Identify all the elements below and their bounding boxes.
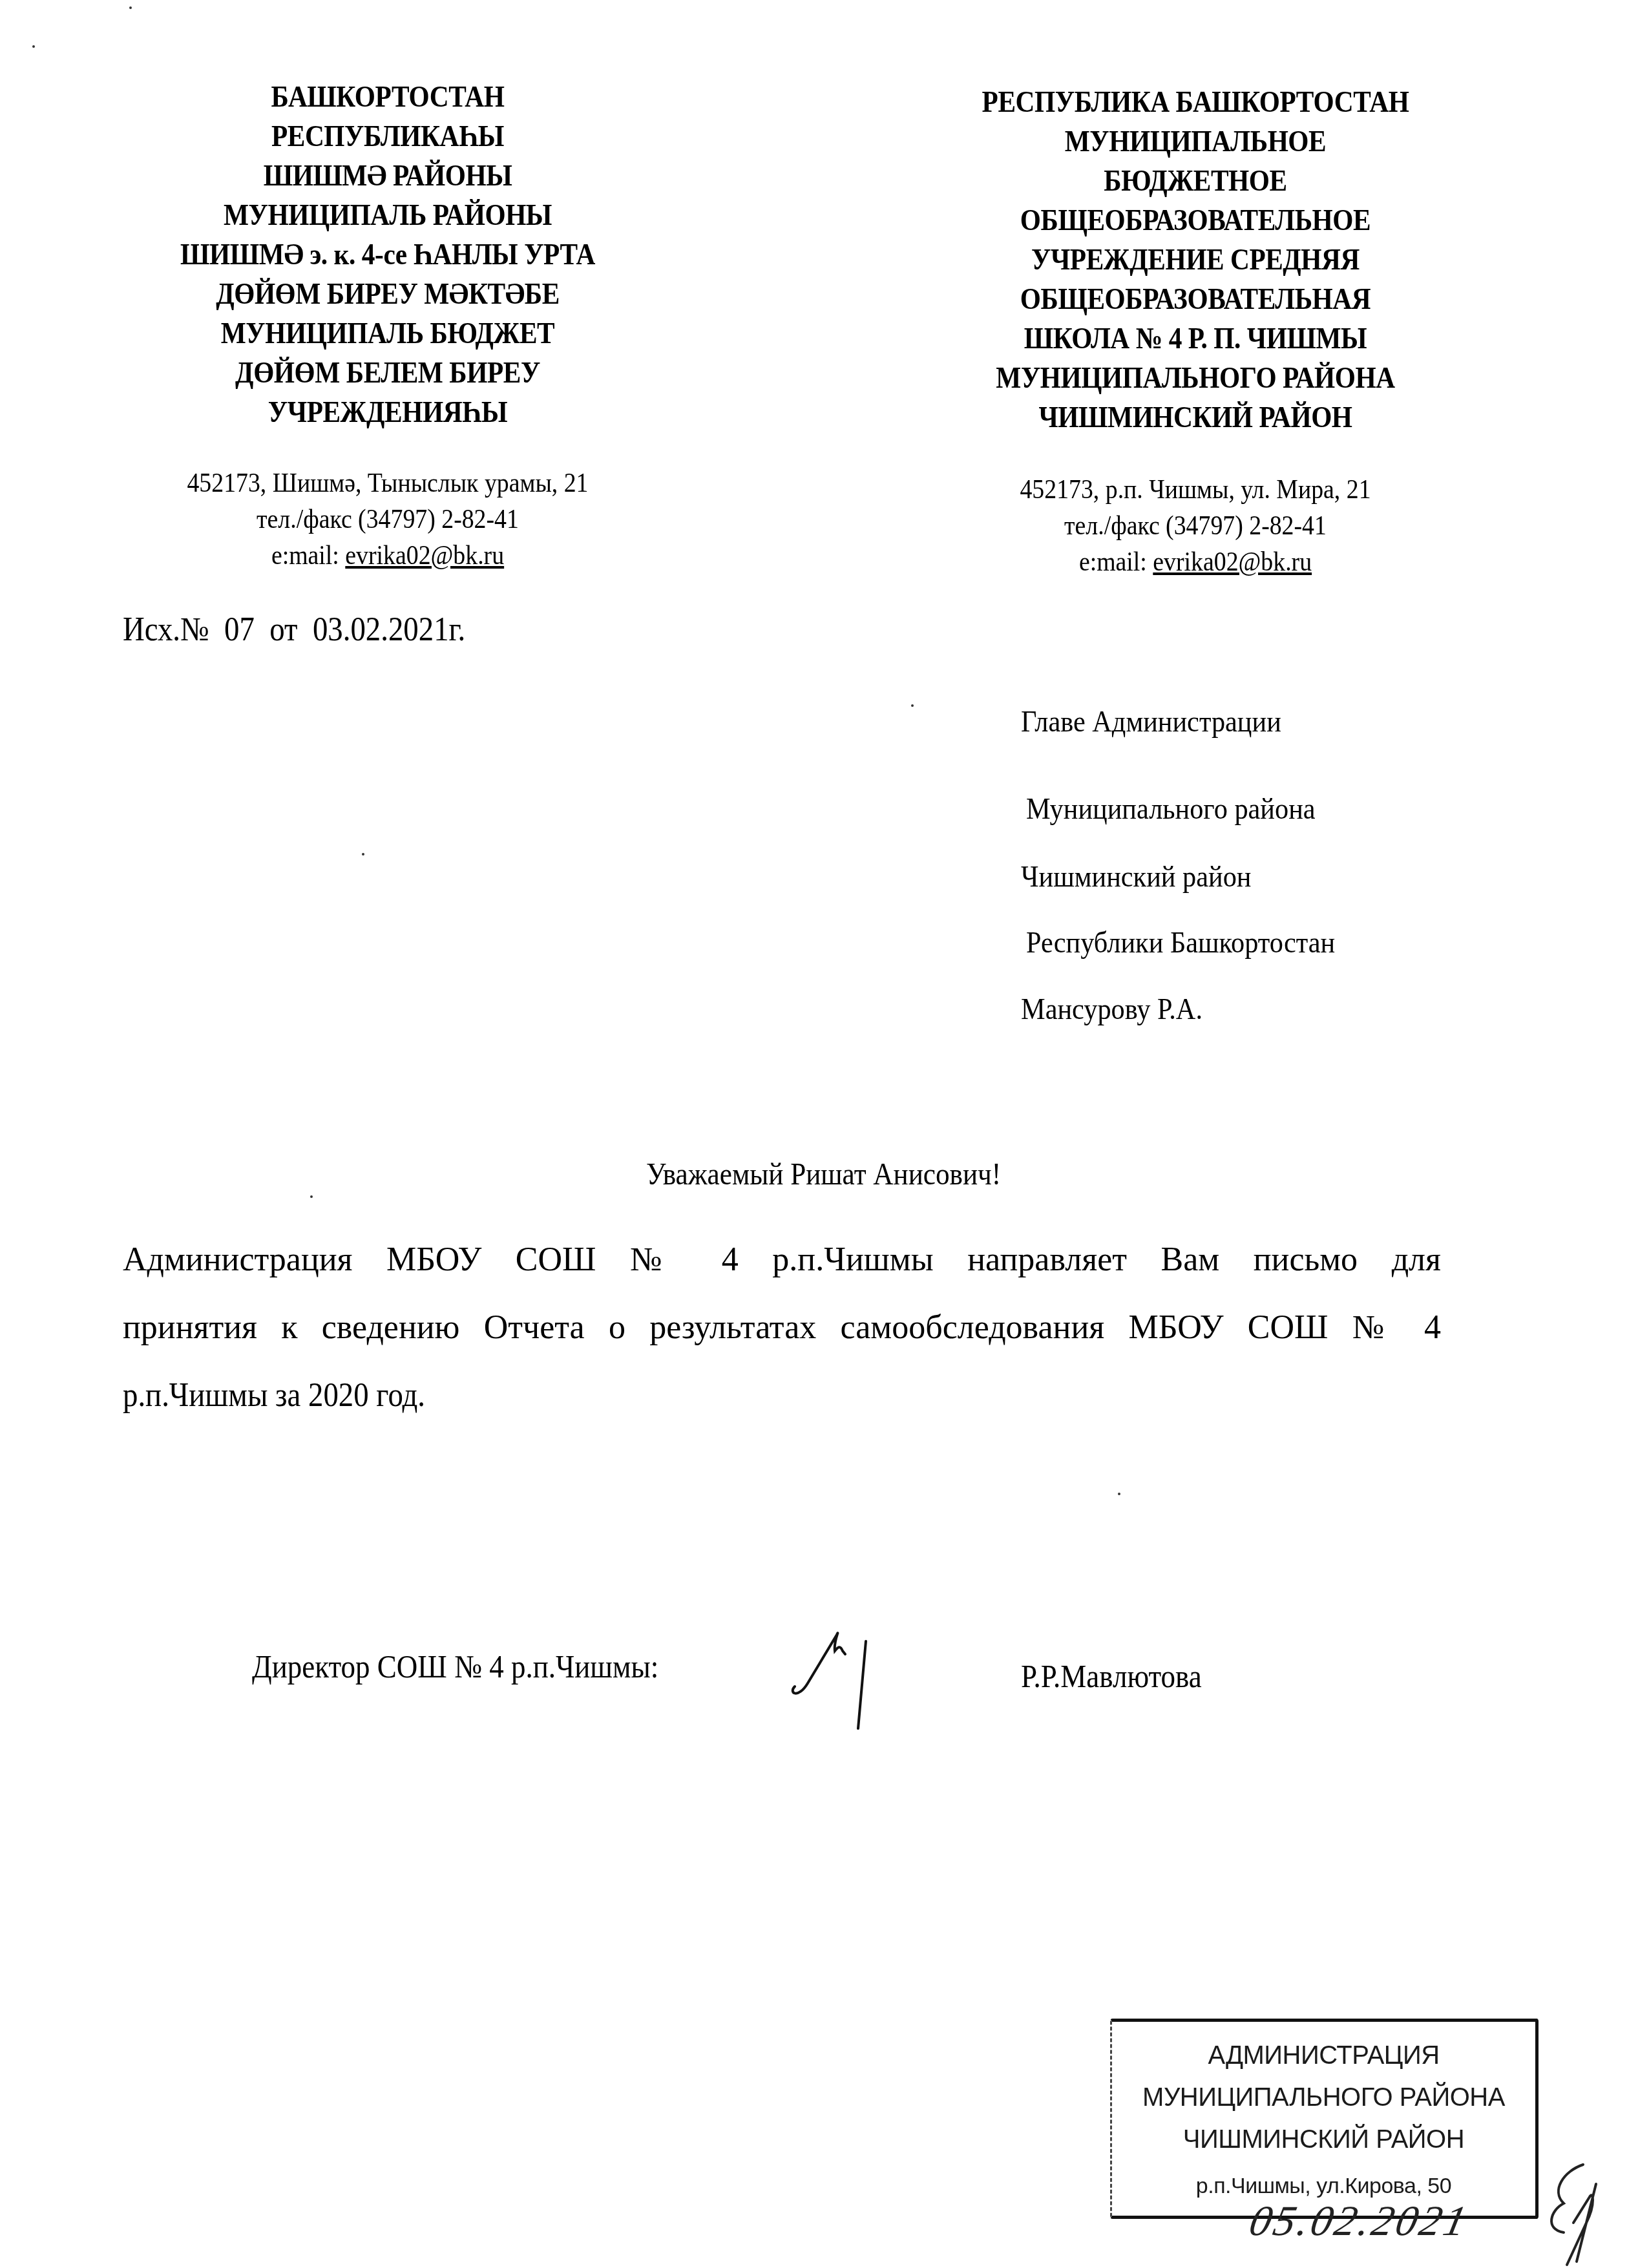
- addressee-line: Мансурову Р.А.: [1021, 992, 1203, 1026]
- letterhead-left-line: МУНИЦИПАЛЬ РАЙОНЫ: [132, 196, 644, 235]
- letterhead-right-line: МУНИЦИПАЛЬНОГО РАЙОНА: [940, 359, 1451, 398]
- letterhead-right-line: УЧРЕЖДЕНИЕ СРЕДНЯЯ: [940, 240, 1451, 280]
- letterhead-right-line: РЕСПУБЛИКА БАШКОРТОСТАН: [940, 83, 1451, 122]
- scan-speck: [310, 1195, 313, 1198]
- signature-title: Директор СОШ № 4 р.п.Чишмы:: [252, 1648, 658, 1685]
- scan-speck: [362, 853, 364, 856]
- scan-speck: [129, 6, 132, 9]
- letterhead-right-line: ЧИШМИНСКИЙ РАЙОН: [940, 398, 1451, 437]
- letterhead-left-line: ШИШМӘ э. к. 4-се ҺАНЛЫ УРТА: [132, 235, 644, 275]
- scan-speck: [32, 45, 35, 48]
- addressee-line: Муниципального района: [1026, 792, 1316, 826]
- left-phone: тел./факс (34797) 2-82-41: [126, 501, 649, 538]
- handwritten-signature-icon: [775, 1615, 892, 1732]
- letterhead-left-line: УЧРЕЖДЕНИЯҺЫ: [132, 393, 644, 432]
- letterhead-right-line: МУНИЦИПАЛЬНОЕ: [940, 122, 1451, 162]
- left-email-link[interactable]: evrika02@bk.ru: [345, 541, 504, 571]
- right-email-link[interactable]: evrika02@bk.ru: [1153, 547, 1312, 577]
- registration-stamp: АДМИНИСТРАЦИЯ МУНИЦИПАЛЬНОГО РАЙОНА ЧИШМ…: [1110, 2019, 1539, 2219]
- addressee-line: Главе Администрации: [1021, 704, 1281, 739]
- body-paragraph-line: р.п.Чишмы за 2020 год.: [123, 1376, 1309, 1415]
- letterhead-left-line: МУНИЦИПАЛЬ БЮДЖЕТ: [132, 314, 644, 353]
- scan-speck: [911, 704, 914, 707]
- letterhead-right-line: ОБЩЕОБРАЗОВАТЕЛЬНАЯ: [940, 280, 1451, 319]
- right-phone: тел./факс (34797) 2-82-41: [934, 508, 1457, 544]
- letterhead-right-line: БЮДЖЕТНОЕ: [940, 162, 1451, 201]
- body-paragraph-line: Администрация МБОУ СОШ № 4 р.п.Чишмы нап…: [123, 1241, 1441, 1279]
- scan-speck: [1118, 1493, 1120, 1495]
- letterhead-left-contacts: 452173, Шишмә, Тыныслык урамы, 21 тел./ф…: [126, 465, 649, 574]
- letterhead-left-line: ДӨЙӨМ БИРЕУ МӘКТӘБЕ: [132, 275, 644, 314]
- left-email-label: e:mail:: [271, 541, 345, 571]
- outgoing-reference: Исх.№ 07 от 03.02.2021г.: [123, 611, 465, 649]
- right-email-label: e:mail:: [1079, 547, 1153, 577]
- handwritten-initials-icon: [1538, 2152, 1609, 2268]
- addressee-line: Республики Башкортостан: [1026, 925, 1335, 960]
- stamp-line: ЧИШМИНСКИЙ РАЙОН: [1112, 2125, 1535, 2154]
- signatory-name: Р.Р.Мавлютова: [1021, 1657, 1202, 1695]
- salutation: Уважаемый Ришат Анисович!: [646, 1157, 1001, 1192]
- stamp-line: АДМИНИСТРАЦИЯ: [1112, 2041, 1535, 2070]
- letterhead-left-line: БАШКОРТОСТАН: [132, 78, 644, 117]
- stamp-line: р.п.Чишмы, ул.Кирова, 50: [1112, 2174, 1535, 2199]
- letterhead-right-contacts: 452173, р.п. Чишмы, ул. Мира, 21 тел./фа…: [934, 472, 1457, 580]
- left-address: 452173, Шишмә, Тыныслык урамы, 21: [126, 465, 649, 501]
- left-email-row: e:mail: evrika02@bk.ru: [126, 538, 649, 574]
- letterhead-right-title: РЕСПУБЛИКА БАШКОРТОСТАН МУНИЦИПАЛЬНОЕ БЮ…: [940, 83, 1451, 437]
- letterhead-right-line: ОБЩЕОБРАЗОВАТЕЛЬНОЕ: [940, 201, 1451, 240]
- letterhead-right-line: ШКОЛА № 4 Р. П. ЧИШМЫ: [940, 319, 1451, 359]
- stamp-line: МУНИЦИПАЛЬНОГО РАЙОНА: [1112, 2083, 1535, 2112]
- letterhead-left-line: ШИШМӘ РАЙОНЫ: [132, 156, 644, 196]
- letterhead-left-line: ДӨЙӨМ БЕЛЕМ БИРЕУ: [132, 353, 644, 393]
- right-email-row: e:mail: evrika02@bk.ru: [934, 544, 1457, 580]
- letterhead-left-title: БАШКОРТОСТАН РЕСПУБЛИКАҺЫ ШИШМӘ РАЙОНЫ М…: [132, 78, 644, 432]
- right-address: 452173, р.п. Чишмы, ул. Мира, 21: [934, 472, 1457, 508]
- letterhead-left-line: РЕСПУБЛИКАҺЫ: [132, 117, 644, 156]
- addressee-line: Чишминский район: [1021, 859, 1251, 894]
- stamp-handwritten-date: 05.02.2021: [1245, 2197, 1473, 2246]
- body-paragraph-line: принятия к сведению Отчета о результатах…: [123, 1308, 1441, 1347]
